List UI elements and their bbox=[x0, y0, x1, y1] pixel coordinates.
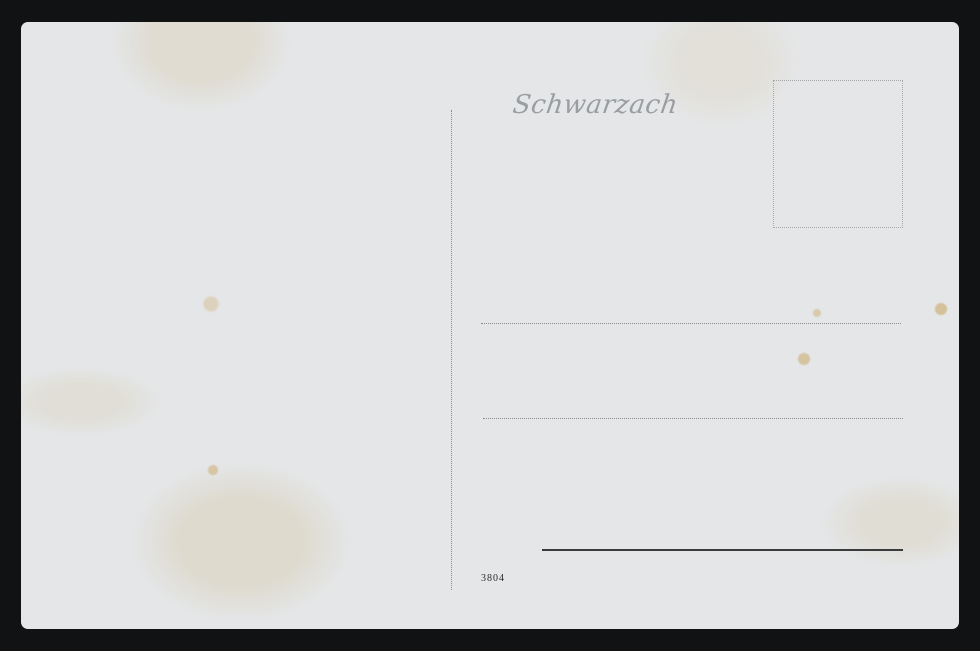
printed-number: 3804 bbox=[481, 573, 505, 584]
address-line-1 bbox=[481, 323, 901, 324]
address-line-2 bbox=[483, 418, 903, 419]
center-divider-line bbox=[451, 110, 452, 590]
address-line-3 bbox=[542, 549, 903, 551]
postcard-back: Schwarzach 3804 bbox=[21, 22, 959, 629]
stamp-box bbox=[773, 80, 903, 228]
handwritten-note: Schwarzach bbox=[511, 90, 680, 120]
